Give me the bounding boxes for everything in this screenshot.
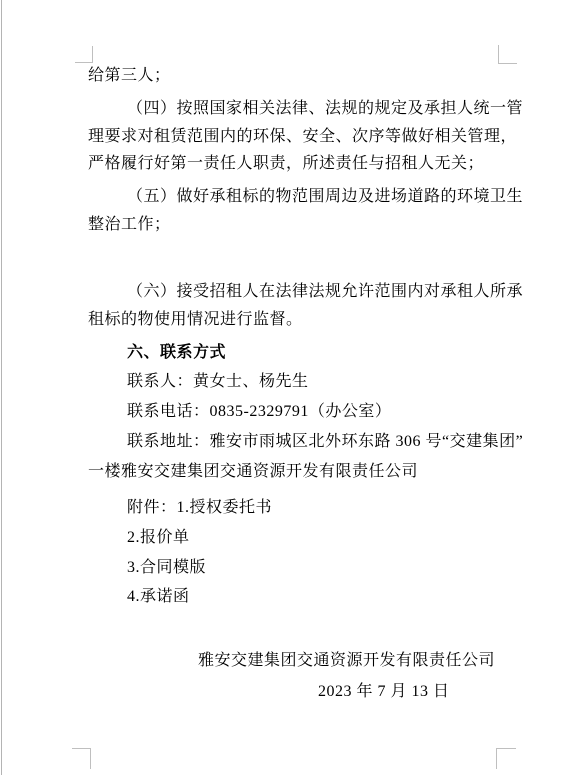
text-line-contact-person: 联系人：黄女士、杨先生	[127, 372, 309, 392]
signature-date: 2023 年 7 月 13 日	[318, 682, 450, 702]
text-line-attachment-2: 2.报价单	[127, 528, 190, 548]
text-line-clause4-3: 严格履行好第一责任人职责，所述责任与招租人无关；	[88, 154, 484, 174]
text-line-clause6-1: （六）接受招租人在法律法规允许范围内对承租人所承	[127, 282, 523, 302]
section-heading-contact: 六、联系方式	[127, 343, 226, 363]
page-left-edge-line	[1, 0, 2, 775]
margin-crop-mark-bottom-left	[72, 748, 91, 769]
text-line-clause4-2: 理要求对租赁范围内的环保、安全、次序等做好相关管理，	[88, 127, 517, 147]
text-line-clause4-1: （四）按照国家相关法律、法规的规定及承担人统一管	[127, 99, 523, 119]
text-line-attachment-3: 3.合同模版	[127, 558, 206, 578]
margin-crop-mark-top-left	[75, 46, 93, 63]
text-line-contact-phone: 联系电话：0835-2329791（办公室）	[127, 402, 391, 422]
signature-company: 雅安交建集团交通资源开发有限责任公司	[198, 651, 495, 671]
margin-crop-mark-bottom-right	[496, 748, 516, 769]
text-line-clause6-2: 租标的物使用情况进行监督。	[88, 310, 303, 330]
margin-crop-mark-top-right	[498, 45, 517, 64]
text-line-attachment-1: 附件：1.授权委托书	[127, 498, 272, 518]
text-line-clause5-1: （五）做好承租标的物范围周边及进场道路的环境卫生	[127, 187, 523, 207]
text-line-contact-address-1: 联系地址：雅安市雨城区北外环东路 306 号“交建集团”	[127, 432, 523, 452]
text-line-contact-address-2: 一楼雅安交建集团交通资源开发有限责任公司	[88, 462, 418, 482]
text-line-attachment-4: 4.承诺函	[127, 587, 190, 607]
text-line-continuation: 给第三人；	[88, 66, 171, 86]
text-line-clause5-2: 整治工作；	[88, 215, 171, 235]
document-page: 给第三人； （四）按照国家相关法律、法规的规定及承担人统一管 理要求对租赁范围内…	[0, 0, 582, 775]
